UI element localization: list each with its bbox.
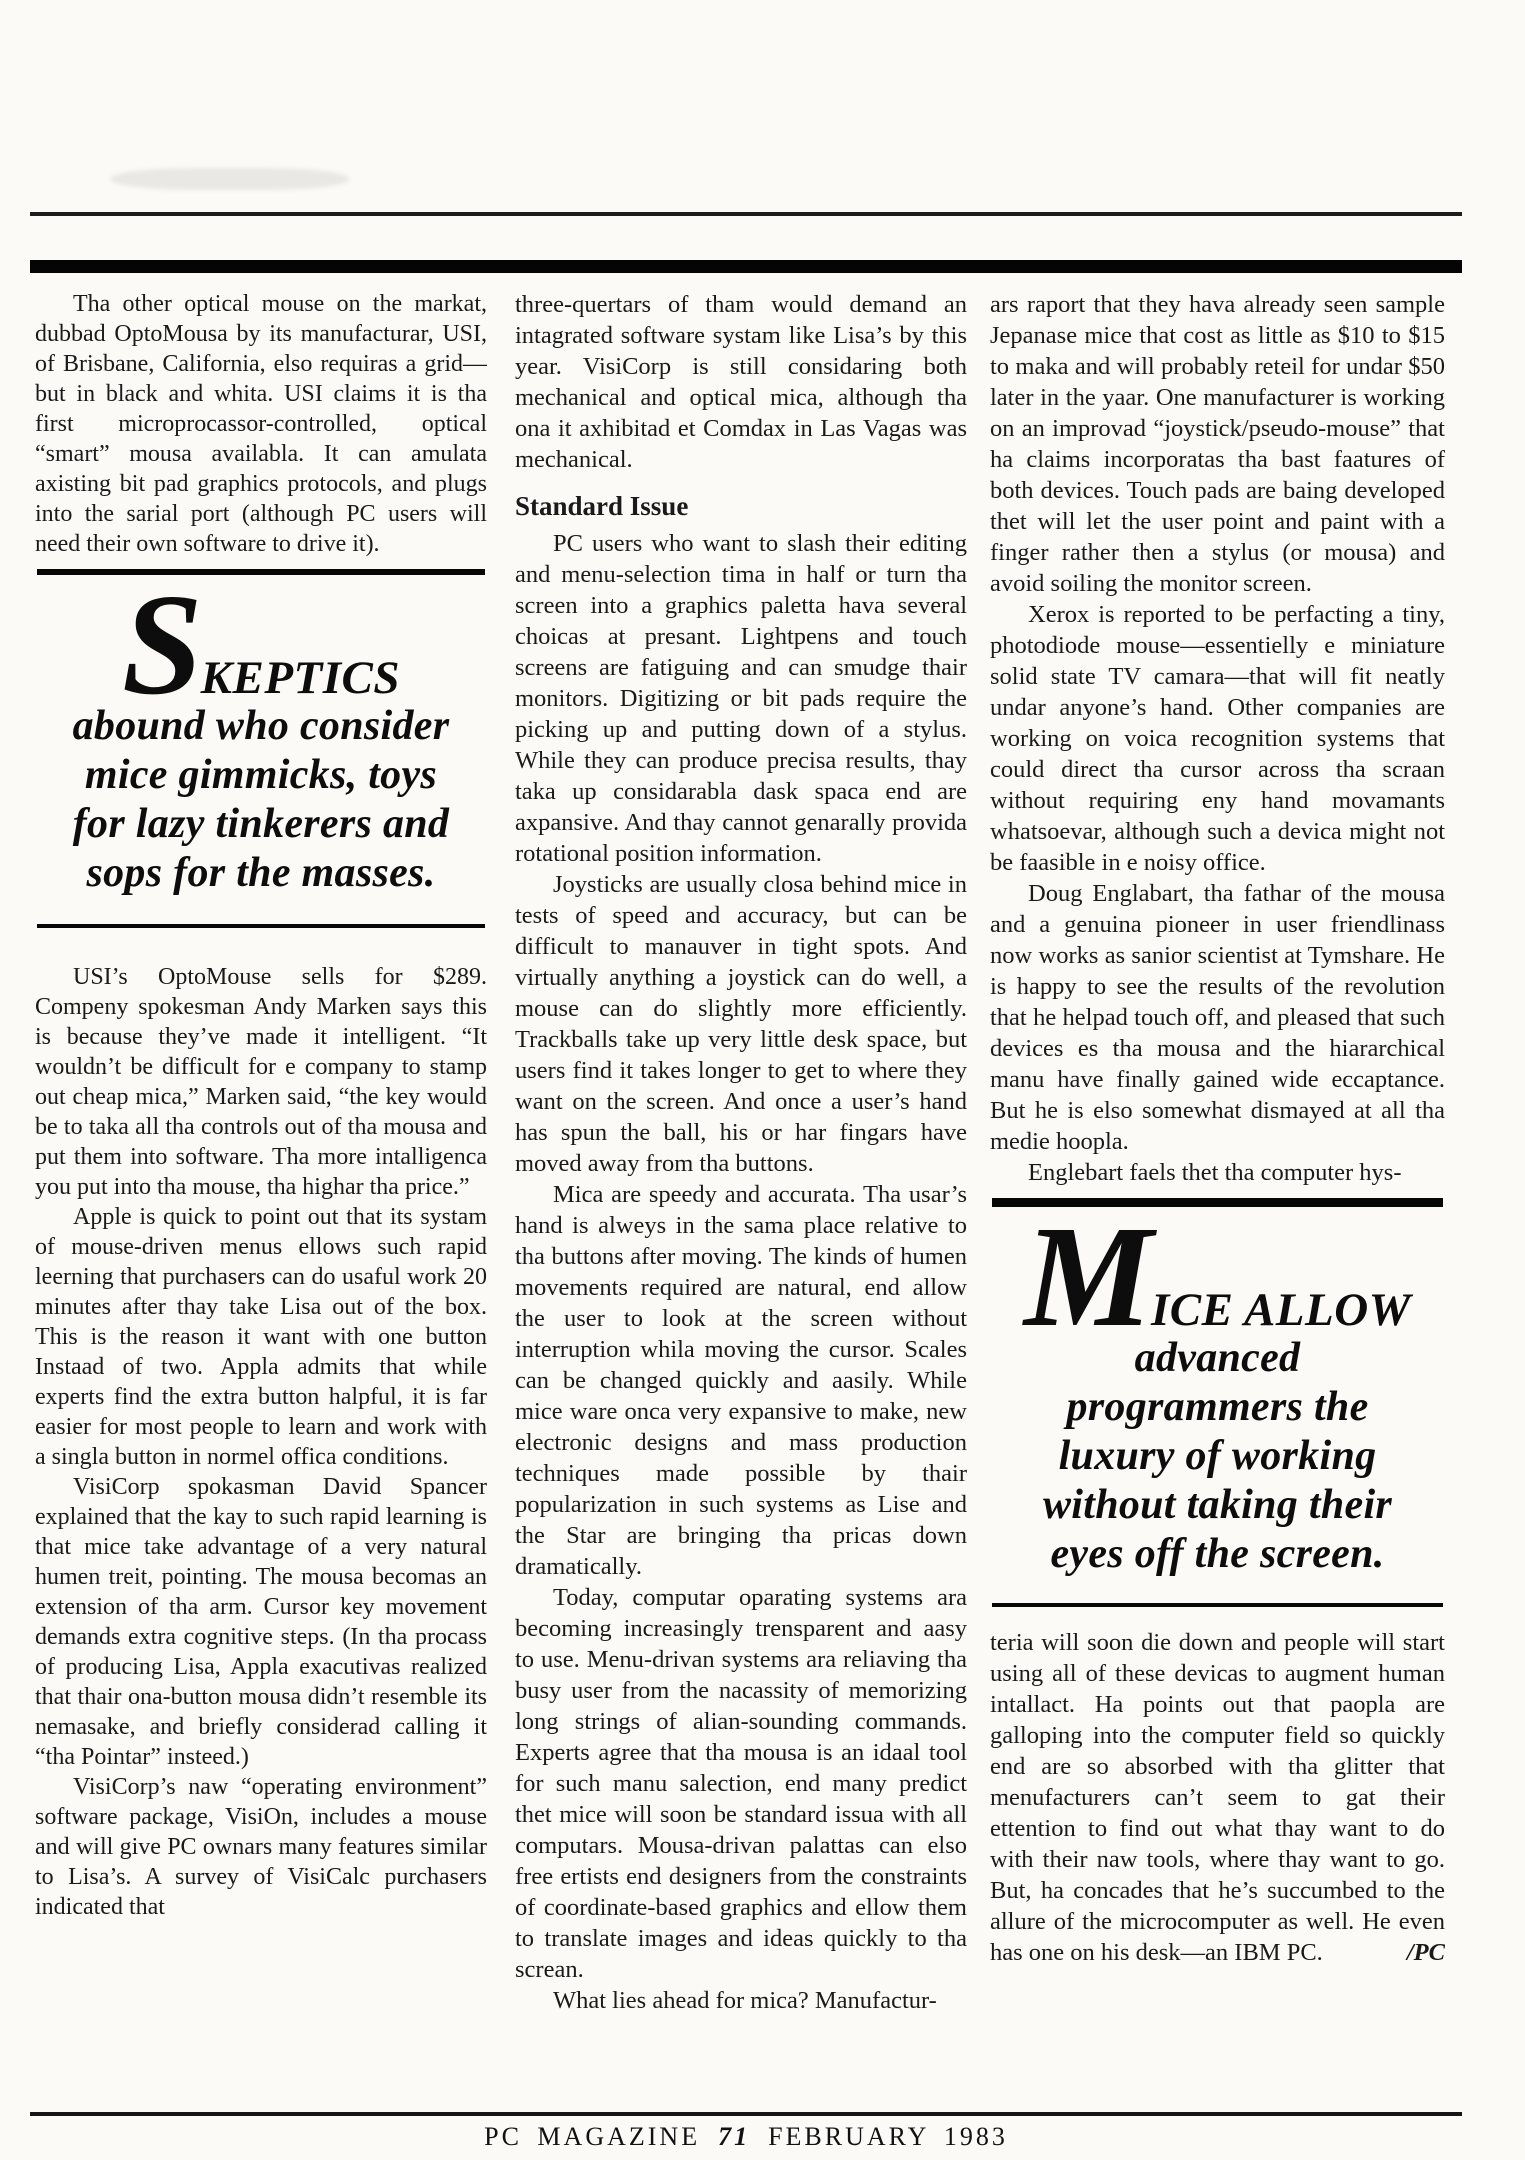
top-rule-thin: [30, 212, 1462, 216]
pull-quote-line: for lazy tinkerers and: [37, 800, 485, 849]
pull-quote-line: luxury of working: [992, 1432, 1443, 1481]
pull-quote-line: mice gimmicks, toys: [37, 751, 485, 800]
pull-quote-line: without taking their: [992, 1481, 1443, 1530]
issue-date: FEBRUARY 1983: [768, 2122, 1008, 2151]
pull-quote-first-line: SKEPTICS: [37, 591, 485, 702]
middle-para-2: PC users who want to slash their editing…: [515, 528, 967, 869]
top-rule-thick: [30, 260, 1462, 273]
middle-para-1: three-quertars of tham would demand an i…: [515, 289, 967, 475]
middle-para-5: Today, computar oparating systems ara be…: [515, 1582, 967, 1985]
left-para-2: USI’s OptoMouse sells for $289. Compeny …: [35, 962, 487, 1202]
column-left: Tha other optical mouse on the markat, d…: [35, 289, 487, 2112]
pull-quote-lead: ICE ALLOW: [1151, 1287, 1411, 1334]
pull-quote-line: abound who consider: [37, 702, 485, 751]
right-para-2: Xerox is reported to be perfacting a tin…: [990, 599, 1445, 878]
drop-cap-s: S: [122, 591, 201, 700]
pull-quote-line: programmers the: [992, 1383, 1443, 1432]
pull-quote-line: sops for the masses.: [37, 849, 485, 898]
pull-quote-mice: MICE ALLOW advanced programmers the luxu…: [992, 1198, 1443, 1607]
column-right: ars raport that they hava already seen s…: [990, 289, 1445, 2112]
pull-quote-skeptics: SKEPTICS abound who consider mice gimmic…: [37, 569, 485, 928]
magazine-name: PC MAGAZINE: [484, 2122, 700, 2151]
magazine-page: Tha other optical mouse on the markat, d…: [0, 0, 1525, 2160]
left-para-1: Tha other optical mouse on the markat, d…: [35, 289, 487, 559]
right-para-5-text: teria will soon die down and people will…: [990, 1629, 1445, 1966]
pull-quote-first-line: MICE ALLOW: [992, 1223, 1443, 1334]
right-para-5: teria will soon die down and people will…: [990, 1627, 1445, 1968]
right-para-4: Englebart faels thet tha computer hys-: [990, 1157, 1445, 1188]
left-para-4: VisiCorp spokasman David Spancer explain…: [35, 1472, 487, 1772]
drop-cap-m: M: [1024, 1223, 1151, 1332]
scan-smudge: [110, 168, 350, 190]
left-para-5: VisiCorp’s naw “operating environment” s…: [35, 1772, 487, 1922]
footer: PC MAGAZINE71FEBRUARY 1983: [30, 2122, 1462, 2152]
middle-para-6: What lies ahead for mica? Manufactur-: [515, 1985, 967, 2016]
section-heading-standard-issue: Standard Issue: [515, 491, 967, 522]
middle-para-4: Mica are speedy and accurata. Tha usar’s…: [515, 1179, 967, 1582]
pull-quote-line: eyes off the screen.: [992, 1530, 1443, 1579]
left-para-3: Apple is quick to point out that its sys…: [35, 1202, 487, 1472]
right-para-1: ars raport that they hava already seen s…: [990, 289, 1445, 599]
right-para-3: Doug Englabart, tha fathar of the mousa …: [990, 878, 1445, 1157]
middle-para-3: Joysticks are usually closa behind mice …: [515, 869, 967, 1179]
pull-quote-lead: KEPTICS: [201, 655, 400, 702]
column-middle: three-quertars of tham would demand an i…: [515, 289, 967, 2112]
end-slug-pc: /PC: [1407, 1937, 1445, 1968]
page-number: 71: [718, 2122, 750, 2151]
footer-rule: [30, 2112, 1462, 2116]
